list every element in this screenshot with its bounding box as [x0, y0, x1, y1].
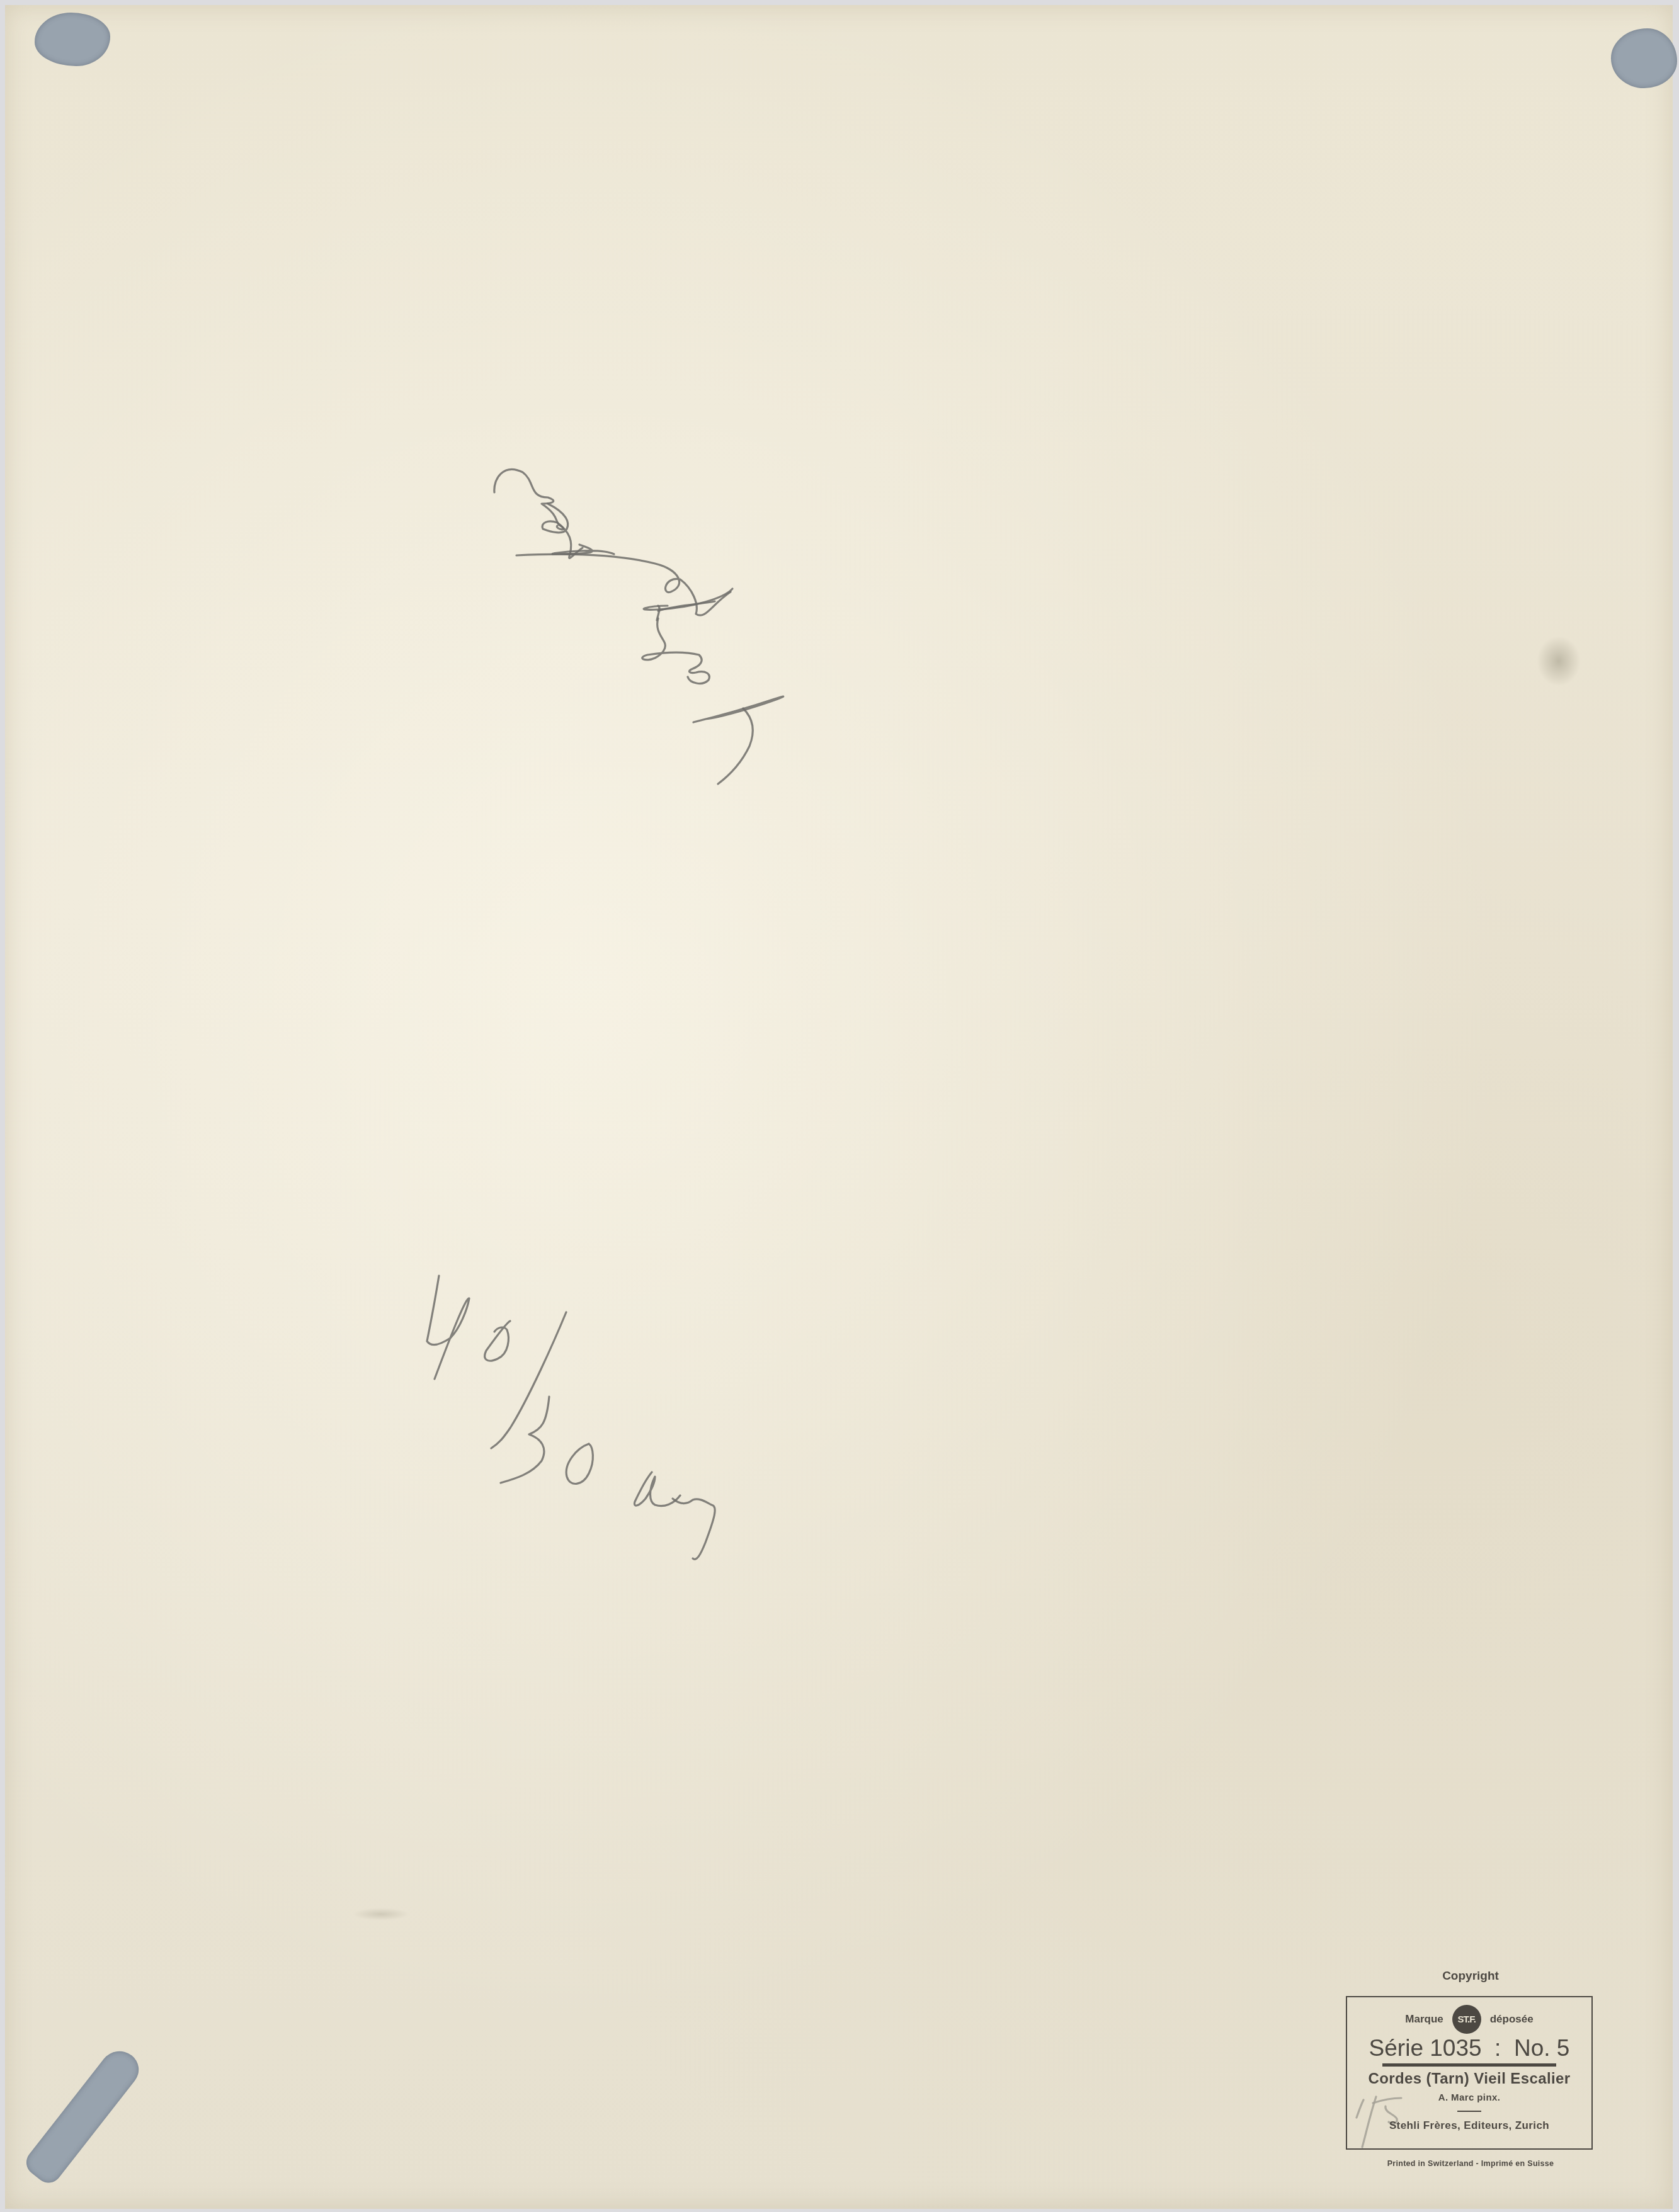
serie-number: Série 1035 : No. 5	[1347, 2035, 1591, 2062]
copyright-text: Copyright	[1346, 1970, 1595, 1983]
printed-in-text: Printed in Switzerland - Imprimé en Suis…	[1346, 2159, 1595, 2168]
diagonal-scrawl	[494, 469, 783, 784]
artwork-title: Cordes (Tarn) Vieil Escalier	[1347, 2070, 1591, 2088]
pencil-handwriting	[0, 0, 1679, 2212]
publisher-name: Stehli Frères, Editeurs, Zurich	[1347, 2119, 1591, 2132]
publisher-label: Marque ST.F. déposée Série 1035 : No. 5 …	[1346, 1996, 1593, 2150]
dimensions-note	[427, 1276, 715, 1559]
artist-credit: A. Marc pinx.	[1347, 2092, 1591, 2103]
divider	[1457, 2111, 1481, 2112]
serie-underline	[1382, 2063, 1556, 2067]
stehli-logo-icon: ST.F.	[1452, 2005, 1481, 2034]
deposee-text: déposée	[1490, 2013, 1534, 2026]
marque-text: Marque	[1405, 2013, 1443, 2026]
marque-row: Marque ST.F. déposée	[1347, 2005, 1591, 2034]
